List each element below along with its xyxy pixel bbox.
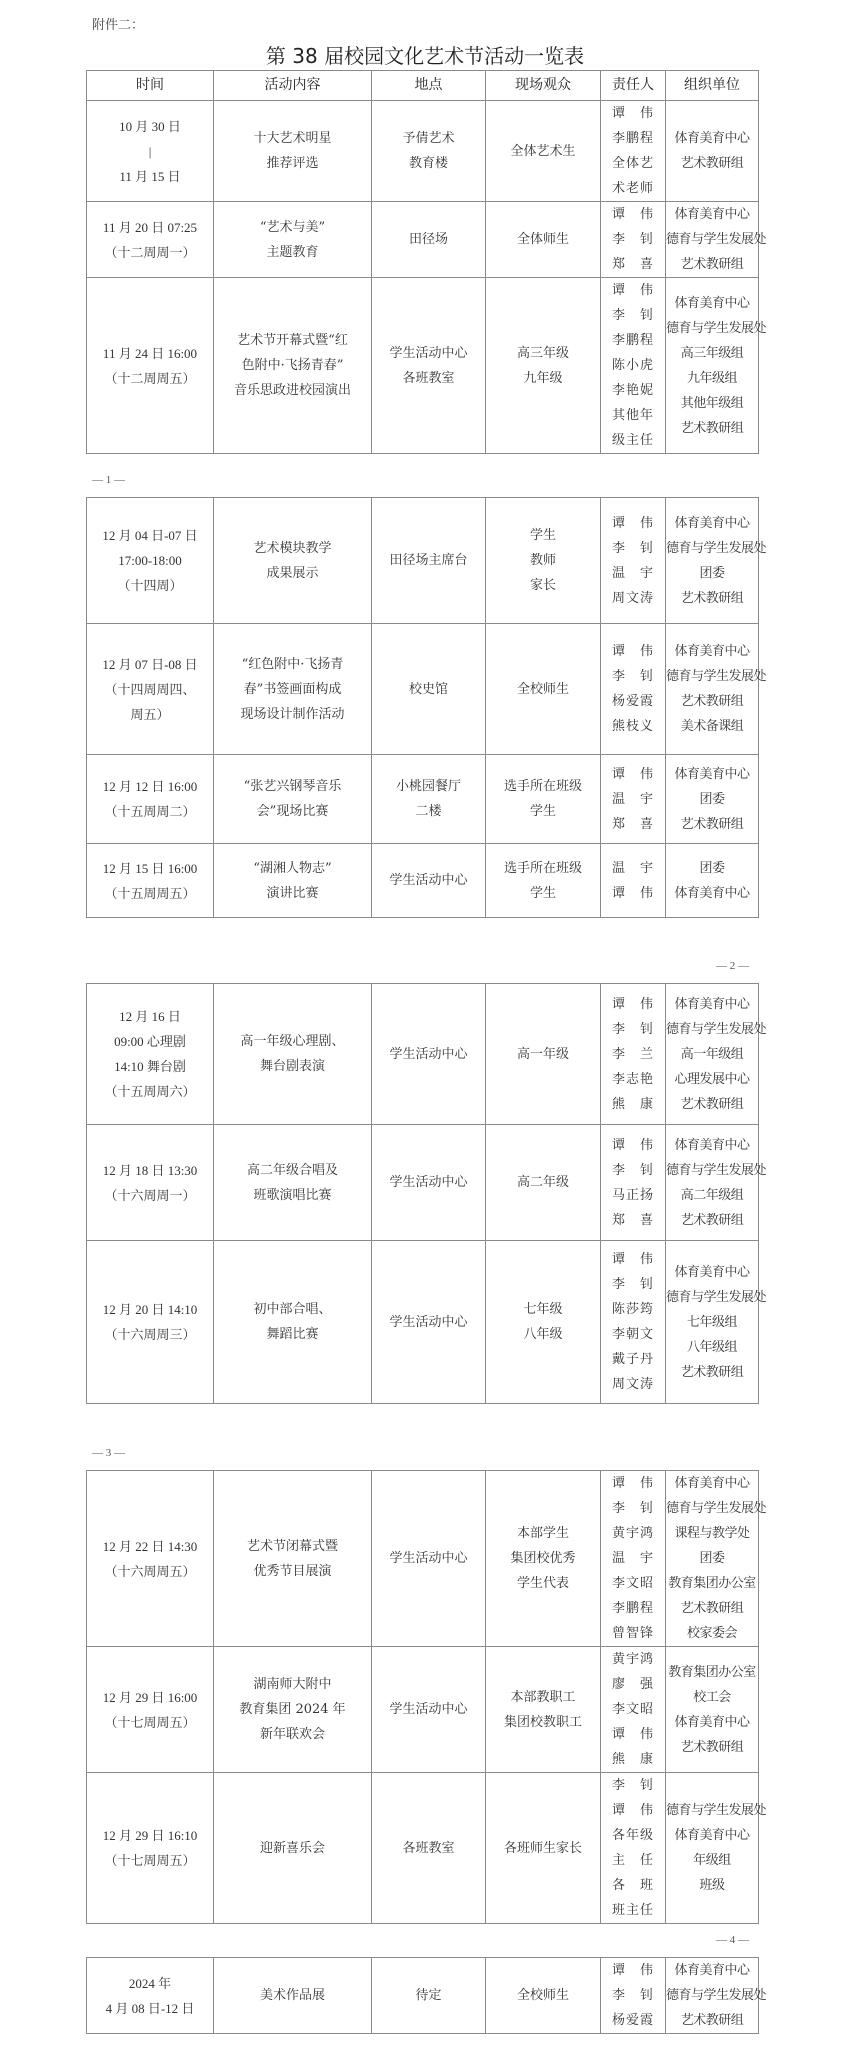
location-line: 田径场主席台 bbox=[372, 548, 485, 573]
activity-cell: 初中部合唱、舞蹈比赛 bbox=[214, 1241, 372, 1404]
activity-cell: 十大艺术明星推荐评选 bbox=[214, 101, 372, 202]
audience-line: 学生代表 bbox=[486, 1571, 600, 1596]
schedule-table-page-2: 12 月 04 日-07 日17:00-18:00（十四周）艺术模块教学成果展示… bbox=[86, 497, 759, 918]
persons-line: 温 宇 bbox=[601, 856, 665, 881]
persons-line: 杨爱霞 bbox=[601, 689, 665, 714]
orgs-line: 体育美育中心 bbox=[666, 126, 758, 151]
activity-line: 现场设计制作活动 bbox=[214, 702, 371, 727]
time-line: （十六周周三） bbox=[87, 1322, 213, 1347]
orgs-cell: 体育美育中心德育与学生发展处高一年级组心理发展中心艺术教研组 bbox=[666, 984, 759, 1125]
time-cell: 12 月 16 日09:00 心理剧14:10 舞台剧（十五周周六） bbox=[87, 984, 214, 1125]
time-cell: 2024 年4 月 08 日-12 日 bbox=[87, 1958, 214, 2034]
orgs-line: 校家委会 bbox=[666, 1621, 758, 1646]
persons-line: 曾智锋 bbox=[601, 1621, 665, 1646]
audience-line: 教师 bbox=[486, 548, 600, 573]
orgs-line: 九年级组 bbox=[666, 366, 758, 391]
time-line: 12 月 18 日 13:30 bbox=[87, 1158, 213, 1183]
orgs-line: 艺术教研组 bbox=[666, 1092, 758, 1117]
audience-line: 学生 bbox=[486, 799, 600, 824]
table-row: 12 月 15 日 16:00（十五周周五）“湖湘人物志”演讲比赛学生活动中心选… bbox=[87, 844, 759, 918]
activity-line: 教育集团 2024 年 bbox=[214, 1697, 371, 1722]
audience-line: 本部教职工 bbox=[486, 1685, 600, 1710]
location-line: 学生活动中心 bbox=[372, 868, 485, 893]
schedule-table-page-3: 12 月 16 日09:00 心理剧14:10 舞台剧（十五周周六）高一年级心理… bbox=[86, 983, 759, 1404]
persons-line: 杨爱霞 bbox=[601, 2008, 665, 2033]
persons-line: 谭 伟 bbox=[601, 1722, 665, 1747]
persons-line: 熊枝义 bbox=[601, 714, 665, 739]
persons-line: 谭 伟 bbox=[601, 1958, 665, 1983]
orgs-line: 艺术教研组 bbox=[666, 586, 758, 611]
table-row: 12 月 04 日-07 日17:00-18:00（十四周）艺术模块教学成果展示… bbox=[87, 498, 759, 624]
persons-line: 戴子丹 bbox=[601, 1347, 665, 1372]
orgs-line: 年级组 bbox=[666, 1848, 758, 1873]
orgs-line: 艺术教研组 bbox=[666, 2008, 758, 2033]
orgs-line: 艺术教研组 bbox=[666, 416, 758, 441]
activity-cell: 美术作品展 bbox=[214, 1958, 372, 2034]
orgs-line: 教育集团办公室 bbox=[666, 1571, 758, 1596]
persons-line: 李 钊 bbox=[601, 1017, 665, 1042]
time-line: （十五周周六） bbox=[87, 1079, 213, 1104]
orgs-cell: 体育美育中心德育与学生发展处高二年级组艺术教研组 bbox=[666, 1125, 759, 1241]
activity-cell: 艺术模块教学成果展示 bbox=[214, 498, 372, 624]
audience-line: 选手所在班级 bbox=[486, 774, 600, 799]
persons-cell: 谭 伟李 钊黄宇鸿温 宇李文昭李鹏程曾智锋 bbox=[601, 1471, 666, 1647]
time-line: 11 月 24 日 16:00 bbox=[87, 341, 213, 366]
location-cell: 待定 bbox=[372, 1958, 486, 2034]
table-row: 12 月 07 日-08 日（十四周周四、周五）“红色附中·飞扬青春”书签画面构… bbox=[87, 624, 759, 755]
time-cell: 12 月 04 日-07 日17:00-18:00（十四周） bbox=[87, 498, 214, 624]
activity-line: 高一年级心理剧、 bbox=[214, 1029, 371, 1054]
persons-line: 谭 伟 bbox=[601, 1247, 665, 1272]
activity-line: 优秀节目展演 bbox=[214, 1559, 371, 1584]
persons-line: 李鹏程 bbox=[601, 1596, 665, 1621]
orgs-line: 艺术教研组 bbox=[666, 1208, 758, 1233]
orgs-cell: 体育美育中心德育与学生发展处艺术教研组 bbox=[666, 202, 759, 278]
location-line: 予倩艺术 bbox=[372, 126, 485, 151]
persons-line: 温 宇 bbox=[601, 561, 665, 586]
audience-cell: 七年级八年级 bbox=[486, 1241, 601, 1404]
location-cell: 予倩艺术教育楼 bbox=[372, 101, 486, 202]
location-cell: 学生活动中心 bbox=[372, 984, 486, 1125]
persons-line: 李 钊 bbox=[601, 227, 665, 252]
time-line: | bbox=[87, 139, 213, 164]
location-cell: 田径场主席台 bbox=[372, 498, 486, 624]
orgs-line: 团委 bbox=[666, 856, 758, 881]
audience-line: 全校师生 bbox=[486, 1983, 600, 2008]
persons-cell: 谭 伟李 钊李 兰李志艳熊 康 bbox=[601, 984, 666, 1125]
activity-line: 艺术节闭幕式暨 bbox=[214, 1534, 371, 1559]
location-cell: 学生活动中心 bbox=[372, 1125, 486, 1241]
orgs-line: 体育美育中心 bbox=[666, 1710, 758, 1735]
time-cell: 12 月 29 日 16:00（十七周周五） bbox=[87, 1647, 214, 1773]
audience-cell: 高一年级 bbox=[486, 984, 601, 1125]
orgs-line: 体育美育中心 bbox=[666, 762, 758, 787]
time-line: （十四周周四、 bbox=[87, 677, 213, 702]
location-line: 教育楼 bbox=[372, 151, 485, 176]
orgs-line: 艺术教研组 bbox=[666, 812, 758, 837]
orgs-line: 德育与学生发展处 bbox=[666, 536, 758, 561]
audience-line: 八年级 bbox=[486, 1322, 600, 1347]
audience-line: 学生 bbox=[486, 523, 600, 548]
activity-line: “湖湘人物志” bbox=[214, 856, 371, 881]
schedule-table-page-1: 时间 活动内容 地点 现场观众 责任人 组织单位 10 月 30 日|11 月 … bbox=[86, 70, 759, 454]
orgs-line: 体育美育中心 bbox=[666, 1471, 758, 1496]
table-row: 12 月 20 日 14:10（十六周周三）初中部合唱、舞蹈比赛学生活动中心七年… bbox=[87, 1241, 759, 1404]
time-cell: 12 月 18 日 13:30（十六周周一） bbox=[87, 1125, 214, 1241]
time-line: 12 月 29 日 16:10 bbox=[87, 1823, 213, 1848]
persons-line: 级主任 bbox=[601, 428, 665, 453]
activity-line: “张艺兴钢琴音乐 bbox=[214, 774, 371, 799]
persons-line: 李 钊 bbox=[601, 303, 665, 328]
time-line: 12 月 04 日-07 日 bbox=[87, 523, 213, 548]
audience-line: 全体艺术生 bbox=[486, 139, 600, 164]
header-persons: 责任人 bbox=[601, 71, 666, 101]
persons-cell: 谭 伟李鹏程全体艺术老师 bbox=[601, 101, 666, 202]
persons-line: 陈莎筠 bbox=[601, 1297, 665, 1322]
time-line: （十二周周一） bbox=[87, 240, 213, 265]
activity-line: 迎新喜乐会 bbox=[214, 1836, 371, 1861]
audience-cell: 各班师生家长 bbox=[486, 1773, 601, 1924]
persons-cell: 谭 伟李 钊杨爱霞熊枝义 bbox=[601, 624, 666, 755]
audience-cell: 全体艺术生 bbox=[486, 101, 601, 202]
persons-line: 温 宇 bbox=[601, 787, 665, 812]
location-line: 各班教室 bbox=[372, 366, 485, 391]
persons-line: 李 钊 bbox=[601, 1158, 665, 1183]
persons-line: 李朝文 bbox=[601, 1322, 665, 1347]
orgs-cell: 团委体育美育中心 bbox=[666, 844, 759, 918]
table-row: 2024 年4 月 08 日-12 日美术作品展待定全校师生谭 伟李 钊杨爱霞体… bbox=[87, 1958, 759, 2034]
persons-line: 郑 喜 bbox=[601, 812, 665, 837]
orgs-cell: 教育集团办公室校工会体育美育中心艺术教研组 bbox=[666, 1647, 759, 1773]
page-number-4: — 4 — bbox=[716, 1934, 749, 1946]
audience-line: 七年级 bbox=[486, 1297, 600, 1322]
persons-line: 郑 喜 bbox=[601, 1208, 665, 1233]
orgs-line: 体育美育中心 bbox=[666, 1260, 758, 1285]
schedule-table-page-5: 2024 年4 月 08 日-12 日美术作品展待定全校师生谭 伟李 钊杨爱霞体… bbox=[86, 1957, 759, 2034]
orgs-line: 班级 bbox=[666, 1873, 758, 1898]
persons-line: 班主任 bbox=[601, 1898, 665, 1923]
persons-line: 周文涛 bbox=[601, 586, 665, 611]
persons-line: 李 兰 bbox=[601, 1042, 665, 1067]
orgs-line: 艺术教研组 bbox=[666, 1735, 758, 1760]
persons-line: 术老师 bbox=[601, 176, 665, 201]
time-line: 周五） bbox=[87, 702, 213, 727]
orgs-line: 高一年级组 bbox=[666, 1042, 758, 1067]
persons-line: 李 钊 bbox=[601, 1272, 665, 1297]
location-cell: 学生活动中心 bbox=[372, 1241, 486, 1404]
time-line: 17:00-18:00 bbox=[87, 548, 213, 573]
schedule-table-page-4: 12 月 22 日 14:30（十六周周五）艺术节闭幕式暨优秀节目展演学生活动中… bbox=[86, 1470, 759, 1924]
orgs-line: 高二年级组 bbox=[666, 1183, 758, 1208]
orgs-line: 德育与学生发展处 bbox=[666, 1983, 758, 2008]
activity-line: 推荐评选 bbox=[214, 151, 371, 176]
activity-line: 艺术模块教学 bbox=[214, 536, 371, 561]
audience-line: 家长 bbox=[486, 573, 600, 598]
persons-line: 李 钊 bbox=[601, 1496, 665, 1521]
persons-cell: 谭 伟李 钊杨爱霞 bbox=[601, 1958, 666, 2034]
time-line: 11 月 20 日 07:25 bbox=[87, 215, 213, 240]
activity-cell: 艺术节闭幕式暨优秀节目展演 bbox=[214, 1471, 372, 1647]
location-line: 学生活动中心 bbox=[372, 1170, 485, 1195]
persons-cell: 谭 伟李 钊李鹏程陈小虎李艳妮其他年级主任 bbox=[601, 278, 666, 454]
location-cell: 各班教室 bbox=[372, 1773, 486, 1924]
header-audience: 现场观众 bbox=[486, 71, 601, 101]
persons-line: 周文涛 bbox=[601, 1372, 665, 1397]
persons-cell: 谭 伟李 钊陈莎筠李朝文戴子丹周文涛 bbox=[601, 1241, 666, 1404]
location-line: 学生活动中心 bbox=[372, 1310, 485, 1335]
orgs-line: 体育美育中心 bbox=[666, 511, 758, 536]
audience-line: 学生 bbox=[486, 881, 600, 906]
orgs-line: 德育与学生发展处 bbox=[666, 316, 758, 341]
time-line: 12 月 12 日 16:00 bbox=[87, 774, 213, 799]
persons-line: 李志艳 bbox=[601, 1067, 665, 1092]
persons-line: 熊 康 bbox=[601, 1747, 665, 1772]
persons-line: 李艳妮 bbox=[601, 378, 665, 403]
persons-line: 陈小虎 bbox=[601, 353, 665, 378]
location-cell: 学生活动中心 bbox=[372, 1647, 486, 1773]
time-line: 2024 年 bbox=[87, 1971, 213, 1996]
orgs-line: 德育与学生发展处 bbox=[666, 227, 758, 252]
location-cell: 田径场 bbox=[372, 202, 486, 278]
table-row: 10 月 30 日|11 月 15 日十大艺术明星推荐评选予倩艺术教育楼全体艺术… bbox=[87, 101, 759, 202]
persons-line: 李 钊 bbox=[601, 664, 665, 689]
persons-cell: 温 宇谭 伟 bbox=[601, 844, 666, 918]
persons-line: 谭 伟 bbox=[601, 762, 665, 787]
audience-cell: 全校师生 bbox=[486, 624, 601, 755]
persons-line: 谭 伟 bbox=[601, 101, 665, 126]
time-cell: 11 月 20 日 07:25（十二周周一） bbox=[87, 202, 214, 278]
activity-cell: 高一年级心理剧、舞台剧表演 bbox=[214, 984, 372, 1125]
time-line: 14:10 舞台剧 bbox=[87, 1054, 213, 1079]
activity-line: 音乐思政进校园演出 bbox=[214, 378, 371, 403]
time-cell: 12 月 20 日 14:10（十六周周三） bbox=[87, 1241, 214, 1404]
table-row: 11 月 20 日 07:25（十二周周一）“艺术与美”主题教育田径场全体师生谭… bbox=[87, 202, 759, 278]
location-line: 各班教室 bbox=[372, 1836, 485, 1861]
orgs-line: 德育与学生发展处 bbox=[666, 1017, 758, 1042]
activity-line: “艺术与美” bbox=[214, 215, 371, 240]
orgs-line: 德育与学生发展处 bbox=[666, 1798, 758, 1823]
orgs-line: 体育美育中心 bbox=[666, 1958, 758, 1983]
attachment-label: 附件二： bbox=[92, 14, 144, 33]
time-line: 12 月 29 日 16:00 bbox=[87, 1685, 213, 1710]
persons-line: 李 钊 bbox=[601, 1773, 665, 1798]
orgs-line: 团委 bbox=[666, 787, 758, 812]
audience-line: 集团校优秀 bbox=[486, 1546, 600, 1571]
time-line: 10 月 30 日 bbox=[87, 114, 213, 139]
orgs-line: 团委 bbox=[666, 561, 758, 586]
activity-cell: 艺术节开幕式暨“红色附中·飞扬青春”音乐思政进校园演出 bbox=[214, 278, 372, 454]
orgs-line: 体育美育中心 bbox=[666, 202, 758, 227]
orgs-line: 八年级组 bbox=[666, 1335, 758, 1360]
time-line: 12 月 15 日 16:00 bbox=[87, 856, 213, 881]
time-line: （十六周周五） bbox=[87, 1559, 213, 1584]
activity-line: 色附中·飞扬青春” bbox=[214, 353, 371, 378]
audience-cell: 本部学生集团校优秀学生代表 bbox=[486, 1471, 601, 1647]
time-line: 12 月 22 日 14:30 bbox=[87, 1534, 213, 1559]
table-row: 12 月 22 日 14:30（十六周周五）艺术节闭幕式暨优秀节目展演学生活动中… bbox=[87, 1471, 759, 1647]
activity-line: 舞台剧表演 bbox=[214, 1054, 371, 1079]
time-cell: 12 月 15 日 16:00（十五周周五） bbox=[87, 844, 214, 918]
persons-line: 李鹏程 bbox=[601, 328, 665, 353]
audience-cell: 选手所在班级学生 bbox=[486, 755, 601, 844]
audience-line: 选手所在班级 bbox=[486, 856, 600, 881]
orgs-cell: 体育美育中心德育与学生发展处团委艺术教研组 bbox=[666, 498, 759, 624]
orgs-line: 德育与学生发展处 bbox=[666, 1496, 758, 1521]
time-line: （十七周周五） bbox=[87, 1710, 213, 1735]
location-line: 校史馆 bbox=[372, 677, 485, 702]
location-line: 小桃园餐厅 bbox=[372, 774, 485, 799]
location-line: 学生活动中心 bbox=[372, 1042, 485, 1067]
persons-cell: 李 钊谭 伟各年级主 任各 班班主任 bbox=[601, 1773, 666, 1924]
activity-line: 新年联欢会 bbox=[214, 1722, 371, 1747]
persons-line: 谭 伟 bbox=[601, 1798, 665, 1823]
orgs-cell: 体育美育中心德育与学生发展处七年级组八年级组艺术教研组 bbox=[666, 1241, 759, 1404]
time-line: 12 月 07 日-08 日 bbox=[87, 652, 213, 677]
location-line: 田径场 bbox=[372, 227, 485, 252]
page-number-3: — 3 — bbox=[92, 1447, 125, 1459]
activity-line: 美术作品展 bbox=[214, 1983, 371, 2008]
persons-line: 李文昭 bbox=[601, 1571, 665, 1596]
audience-cell: 全体师生 bbox=[486, 202, 601, 278]
orgs-line: 教育集团办公室 bbox=[666, 1660, 758, 1685]
orgs-line: 体育美育中心 bbox=[666, 291, 758, 316]
time-line: （十四周） bbox=[87, 573, 213, 598]
time-cell: 12 月 12 日 16:00（十五周周二） bbox=[87, 755, 214, 844]
persons-line: 黄宇鸿 bbox=[601, 1521, 665, 1546]
orgs-cell: 体育美育中心团委艺术教研组 bbox=[666, 755, 759, 844]
orgs-line: 高三年级组 bbox=[666, 341, 758, 366]
time-line: （十六周周一） bbox=[87, 1183, 213, 1208]
activity-line: 主题教育 bbox=[214, 240, 371, 265]
activity-line: 湖南师大附中 bbox=[214, 1672, 371, 1697]
activity-line: “红色附中·飞扬青 bbox=[214, 652, 371, 677]
orgs-line: 其他年级组 bbox=[666, 391, 758, 416]
persons-line: 李文昭 bbox=[601, 1697, 665, 1722]
persons-cell: 谭 伟温 宇郑 喜 bbox=[601, 755, 666, 844]
persons-line: 廖 强 bbox=[601, 1672, 665, 1697]
persons-cell: 谭 伟李 钊郑 喜 bbox=[601, 202, 666, 278]
time-cell: 12 月 22 日 14:30（十六周周五） bbox=[87, 1471, 214, 1647]
persons-line: 温 宇 bbox=[601, 1546, 665, 1571]
orgs-line: 艺术教研组 bbox=[666, 252, 758, 277]
persons-line: 郑 喜 bbox=[601, 252, 665, 277]
location-cell: 小桃园餐厅二楼 bbox=[372, 755, 486, 844]
header-activity: 活动内容 bbox=[214, 71, 372, 101]
orgs-line: 艺术教研组 bbox=[666, 1596, 758, 1621]
persons-line: 其他年 bbox=[601, 403, 665, 428]
orgs-line: 体育美育中心 bbox=[666, 1823, 758, 1848]
time-line: 09:00 心理剧 bbox=[87, 1029, 213, 1054]
orgs-line: 体育美育中心 bbox=[666, 992, 758, 1017]
persons-cell: 谭 伟李 钊温 宇周文涛 bbox=[601, 498, 666, 624]
persons-line: 主 任 bbox=[601, 1848, 665, 1873]
page-number-2: — 2 — bbox=[716, 960, 749, 972]
persons-line: 谭 伟 bbox=[601, 511, 665, 536]
audience-line: 高一年级 bbox=[486, 1042, 600, 1067]
time-line: 12 月 16 日 bbox=[87, 1004, 213, 1029]
persons-line: 谭 伟 bbox=[601, 992, 665, 1017]
orgs-cell: 体育美育中心德育与学生发展处课程与教学处团委教育集团办公室艺术教研组校家委会 bbox=[666, 1471, 759, 1647]
table-header-row: 时间 活动内容 地点 现场观众 责任人 组织单位 bbox=[87, 71, 759, 101]
orgs-cell: 体育美育中心德育与学生发展处高三年级组九年级组其他年级组艺术教研组 bbox=[666, 278, 759, 454]
persons-line: 谭 伟 bbox=[601, 639, 665, 664]
audience-line: 本部学生 bbox=[486, 1521, 600, 1546]
audience-cell: 选手所在班级学生 bbox=[486, 844, 601, 918]
activity-line: 班歌演唱比赛 bbox=[214, 1183, 371, 1208]
audience-cell: 高二年级 bbox=[486, 1125, 601, 1241]
orgs-cell: 体育美育中心德育与学生发展处艺术教研组美术备课组 bbox=[666, 624, 759, 755]
audience-line: 高二年级 bbox=[486, 1170, 600, 1195]
time-line: （十七周周五） bbox=[87, 1848, 213, 1873]
orgs-line: 德育与学生发展处 bbox=[666, 1285, 758, 1310]
time-cell: 12 月 29 日 16:10（十七周周五） bbox=[87, 1773, 214, 1924]
orgs-line: 艺术教研组 bbox=[666, 689, 758, 714]
orgs-line: 体育美育中心 bbox=[666, 881, 758, 906]
table-row: 12 月 16 日09:00 心理剧14:10 舞台剧（十五周周六）高一年级心理… bbox=[87, 984, 759, 1125]
table-row: 12 月 29 日 16:00（十七周周五）湖南师大附中教育集团 2024 年新… bbox=[87, 1647, 759, 1773]
activity-line: 高二年级合唱及 bbox=[214, 1158, 371, 1183]
table-row: 11 月 24 日 16:00（十二周周五）艺术节开幕式暨“红色附中·飞扬青春”… bbox=[87, 278, 759, 454]
time-line: （十五周周二） bbox=[87, 799, 213, 824]
orgs-cell: 体育美育中心艺术教研组 bbox=[666, 101, 759, 202]
activity-cell: “红色附中·飞扬青春”书签画面构成现场设计制作活动 bbox=[214, 624, 372, 755]
persons-line: 李 钊 bbox=[601, 536, 665, 561]
audience-line: 各班师生家长 bbox=[486, 1836, 600, 1861]
activity-line: 舞蹈比赛 bbox=[214, 1322, 371, 1347]
orgs-line: 课程与教学处 bbox=[666, 1521, 758, 1546]
orgs-line: 心理发展中心 bbox=[666, 1067, 758, 1092]
audience-cell: 本部教职工集团校教职工 bbox=[486, 1647, 601, 1773]
table-row: 12 月 18 日 13:30（十六周周一）高二年级合唱及班歌演唱比赛学生活动中… bbox=[87, 1125, 759, 1241]
orgs-line: 德育与学生发展处 bbox=[666, 1158, 758, 1183]
orgs-cell: 体育美育中心德育与学生发展处艺术教研组 bbox=[666, 1958, 759, 2034]
persons-line: 谭 伟 bbox=[601, 1133, 665, 1158]
location-cell: 校史馆 bbox=[372, 624, 486, 755]
persons-line: 各 班 bbox=[601, 1873, 665, 1898]
persons-line: 各年级 bbox=[601, 1823, 665, 1848]
activity-line: 十大艺术明星 bbox=[214, 126, 371, 151]
document-title: 第 38 届校园文化艺术节活动一览表 bbox=[0, 40, 850, 69]
activity-line: 演讲比赛 bbox=[214, 881, 371, 906]
orgs-line: 团委 bbox=[666, 1546, 758, 1571]
orgs-line: 美术备课组 bbox=[666, 714, 758, 739]
audience-line: 集团校教职工 bbox=[486, 1710, 600, 1735]
location-cell: 学生活动中心 bbox=[372, 1471, 486, 1647]
activity-cell: “张艺兴钢琴音乐会”现场比赛 bbox=[214, 755, 372, 844]
audience-cell: 高三年级九年级 bbox=[486, 278, 601, 454]
audience-line: 九年级 bbox=[486, 366, 600, 391]
table-row: 12 月 29 日 16:10（十七周周五）迎新喜乐会各班教室各班师生家长李 钊… bbox=[87, 1773, 759, 1924]
time-cell: 12 月 07 日-08 日（十四周周四、周五） bbox=[87, 624, 214, 755]
orgs-line: 体育美育中心 bbox=[666, 1133, 758, 1158]
persons-line: 全体艺 bbox=[601, 151, 665, 176]
time-line: 12 月 20 日 14:10 bbox=[87, 1297, 213, 1322]
persons-line: 熊 康 bbox=[601, 1092, 665, 1117]
activity-cell: 湖南师大附中教育集团 2024 年新年联欢会 bbox=[214, 1647, 372, 1773]
time-cell: 10 月 30 日|11 月 15 日 bbox=[87, 101, 214, 202]
persons-cell: 谭 伟李 钊马正扬郑 喜 bbox=[601, 1125, 666, 1241]
location-line: 学生活动中心 bbox=[372, 341, 485, 366]
orgs-line: 校工会 bbox=[666, 1685, 758, 1710]
activity-line: 成果展示 bbox=[214, 561, 371, 586]
orgs-line: 艺术教研组 bbox=[666, 151, 758, 176]
location-line: 二楼 bbox=[372, 799, 485, 824]
audience-line: 全体师生 bbox=[486, 227, 600, 252]
activity-cell: “湖湘人物志”演讲比赛 bbox=[214, 844, 372, 918]
activity-line: 艺术节开幕式暨“红 bbox=[214, 328, 371, 353]
location-line: 学生活动中心 bbox=[372, 1546, 485, 1571]
audience-cell: 全校师生 bbox=[486, 1958, 601, 2034]
